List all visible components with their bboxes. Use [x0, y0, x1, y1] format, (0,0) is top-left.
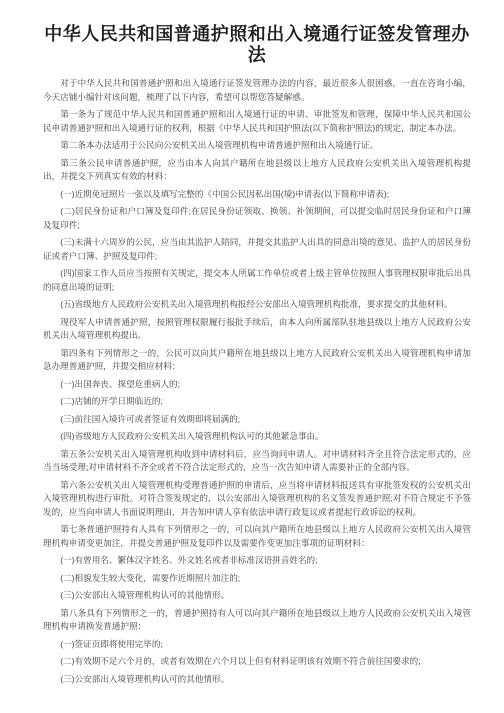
paragraph-article-8-item-3: (三)公安部出入境管理机构认可的其他情形。	[43, 673, 471, 687]
paragraph-article-1: 第一条为了规范中华人民共和国普通护照和出入境通行证的申请、审批签发和管理，保障中…	[43, 108, 471, 135]
paragraph-article-4-item-4: (四)省级地方人民政府公安机关出入境管理机构认可的其他紧急事由。	[43, 430, 471, 444]
paragraph-article-7-item-2: (二)相貌发生较大变化，需要作近期照片加注的;	[43, 572, 471, 586]
paragraph-article-3-item-4: (四)国家工作人员应当按照有关规定，提交本人所属工作单位或者上级主管单位按照人事…	[43, 267, 471, 294]
paragraph-article-4-item-2: (二)店铺的开学日期临近的;	[43, 395, 471, 409]
paragraph-article-6: 第六条公安机关出入境管理机构受理普通护照的申请后，应当将申请材料报送具有审批签发…	[43, 479, 471, 520]
document-page: 中华人民共和国普通护照和出入境通行证签发管理办法 对于中华人民共和国普通护照和出…	[0, 0, 504, 713]
paragraph-article-8-item-2: (二)有效期不足六个月的，或者有效期在六个月以上但有材料证明该有效期不符合前往国…	[43, 655, 471, 669]
paragraph-article-7: 第七条普通护照持有人具有下列情形之一的，可以向其户籍所在地县级以上地方人民政府公…	[43, 523, 471, 550]
paragraph-article-2: 第二条本办法适用于公民向公安机关出入境管理机构申请普通护照和出入境通行证。	[43, 139, 471, 153]
paragraph-article-8-item-1: (一)签证页即将使用完毕的;	[43, 638, 471, 652]
paragraph-article-4: 第四条有下列情形之一的，公民可以向其户籍所在地县级以上地方人民政府公安机关出入境…	[43, 347, 471, 374]
paragraph-article-8: 第八条具有下列情形之一的，普通护照持有人可以向其户籍所在地县级以上地方人民政府公…	[43, 607, 471, 634]
paragraph-article-7-item-3: (三)公安部出入境管理机构认可的其他情形。	[43, 589, 471, 603]
paragraph-article-3-item-1: (一)近期免冠照片一张以及填写完整的《中国公民因私出国(境)申请表(以下简称申请…	[43, 188, 471, 202]
paragraph-article-3: 第三条公民申请普通护照，应当由本人向其户籍所在地县级以上地方人民政府公安机关出入…	[43, 157, 471, 184]
document-body: 对于中华人民共和国普通护照和出入境通行证签发管理办法的内容，最近很多人很困惑，一…	[43, 77, 471, 686]
paragraph-article-5: 第五条公安机关出入境管理机构收到申请材料后，应当询问申请人。对申请材料齐全且符合…	[43, 448, 471, 475]
paragraph-article-4-item-1: (一)出国奔丧、探望危重病人的;	[43, 378, 471, 392]
paragraph-article-4-item-3: (三)前往国入境许可或者签证有效期即将届满的;	[43, 413, 471, 427]
paragraph-article-3-item-2: (二)居民身份证和户口簿及复印件;在居民身份证领取、换领、补领期间，可以提交临时…	[43, 205, 471, 232]
paragraph-article-7-item-1: (一)有曾用名、繁体汉字姓名、外文姓名或者非标准汉语拼音姓名的;	[43, 554, 471, 568]
paragraph-military: 现役军人申请普通护照，按照管理权限履行报批手续后，由本人向所属部队驻地县级以上地…	[43, 316, 471, 343]
page-title: 中华人民共和国普通护照和出入境通行证签发管理办法	[43, 24, 471, 66]
paragraph-article-3-item-5: (五)省级地方人民政府公安机关出入境管理机构报经公安部出入境管理机构批准，要求提…	[43, 298, 471, 312]
paragraph-intro: 对于中华人民共和国普通护照和出入境通行证签发管理办法的内容，最近很多人很困惑，一…	[43, 77, 471, 104]
paragraph-article-3-item-3: (三)未满十六周岁的公民，应当由其监护人陪同，并提交其监护人出具的同意出境的意见…	[43, 236, 471, 263]
